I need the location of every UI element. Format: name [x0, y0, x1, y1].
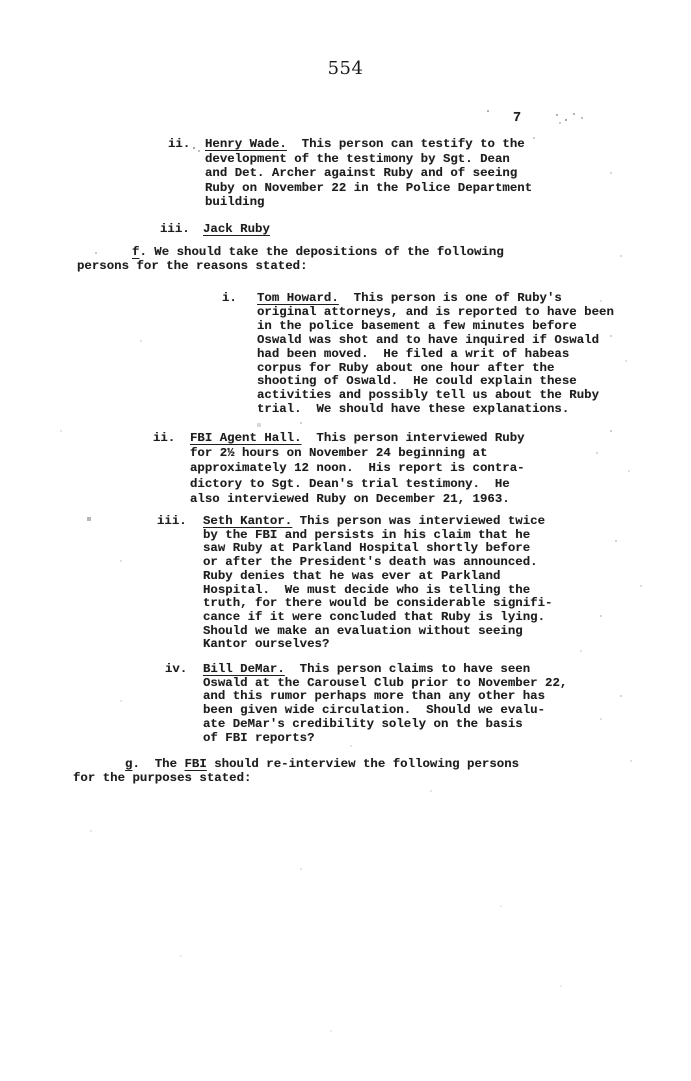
text-line: had been moved. He filed a writ of habea… [257, 348, 614, 362]
text-line-rest: . We should take the depositions of the … [139, 245, 503, 259]
text-line: Jack Ruby [203, 222, 270, 236]
text-line-rest: This person claims to have seen [285, 662, 530, 676]
paragraph-g-line1: g. The FBI should re-interview the follo… [125, 757, 519, 771]
item-numeral: ii. [168, 137, 190, 152]
list-item-jack-ruby: iii. Jack Ruby [203, 222, 270, 236]
text-line-rest: This person is one of Ruby's [339, 291, 562, 305]
fbi-underlined: FBI [185, 757, 207, 771]
text-line: Kantor ourselves? [203, 638, 552, 652]
person-name: Bill DeMar. [203, 662, 285, 676]
text-line: Bill DeMar. This person claims to have s… [203, 663, 567, 677]
text-line: approximately 12 noon. His report is con… [190, 461, 525, 476]
text-line: Oswald at the Carousel Club prior to Nov… [203, 677, 567, 691]
text-line: shooting of Oswald. He could explain the… [257, 375, 614, 389]
text-line: Henry Wade. This person can testify to t… [205, 137, 532, 152]
paragraph-f-line1: f. We should take the depositions of the… [132, 245, 504, 259]
text-line: activities and possibly tell us about th… [257, 389, 614, 403]
paragraph-g-line2: for the purposes stated: [73, 771, 251, 785]
text-line: also interviewed Ruby on December 21, 19… [190, 492, 525, 507]
text-line: ate DeMar's credibility solely on the ba… [203, 718, 567, 732]
person-name: Seth Kantor. [203, 514, 292, 528]
text-line: trial. We should have these explanations… [257, 403, 614, 417]
text-line: Seth Kantor. This person was interviewed… [203, 515, 552, 529]
item-numeral: iii. [160, 222, 190, 236]
text-line: building [205, 195, 532, 210]
book-page-number: 554 [0, 58, 691, 79]
item-numeral: iii. [157, 515, 187, 529]
text-line: Tom Howard. This person is one of Ruby's [257, 292, 614, 306]
text-line: truth, for there would be considerable s… [203, 597, 552, 611]
text-line: saw Ruby at Parkland Hospital shortly be… [203, 542, 552, 556]
person-name: FBI Agent Hall. [190, 431, 302, 445]
text-line: in the police basement a few minutes bef… [257, 320, 614, 334]
person-name: Tom Howard. [257, 291, 339, 305]
scanned-document-page: { "page": { "book_page_number": "554", "… [0, 0, 691, 1081]
text-line: Ruby denies that he was ever at Parkland [203, 570, 552, 584]
text-line: FBI Agent Hall. This person interviewed … [190, 431, 525, 446]
list-item-henry-wade: ii. Henry Wade. This person can testify … [205, 137, 532, 210]
text-line-rest: This person interviewed Ruby [302, 431, 525, 445]
list-item-bill-demar: iv. Bill DeMar. This person claims to ha… [203, 663, 567, 745]
list-item-seth-kantor: iii. Seth Kantor. This person was interv… [203, 515, 552, 652]
person-name: Henry Wade. [205, 137, 287, 151]
scan-noise [0, 0, 2, 2]
text-line: or after the President's death was annou… [203, 556, 552, 570]
text-line: of FBI reports? [203, 732, 567, 746]
text-line: and Det. Archer against Ruby and of seei… [205, 166, 532, 181]
text-line: Ruby on November 22 in the Police Depart… [205, 181, 532, 196]
text-line: Hospital. We must decide who is telling … [203, 584, 552, 598]
text-line: by the FBI and persists in his claim tha… [203, 529, 552, 543]
text-line-rest: This person was interviewed twice [292, 514, 545, 528]
text-line: for 2½ hours on November 24 beginning at [190, 446, 525, 461]
paragraph-f-line2: persons for the reasons stated: [77, 259, 308, 273]
typed-page-number: 7 [513, 111, 521, 126]
item-numeral: iv. [165, 663, 187, 677]
text-line: Should we make an evaluation without see… [203, 625, 552, 639]
text-segment: should re-interview the following person… [207, 757, 519, 771]
text-line-rest: This person can testify to the [287, 137, 525, 151]
text-line: Oswald was shot and to have inquired if … [257, 334, 614, 348]
text-segment: . The [132, 757, 184, 771]
text-line: and this rumor perhaps more than any oth… [203, 690, 567, 704]
text-line: cance if it were concluded that Ruby is … [203, 611, 552, 625]
text-line: original attorneys, and is reported to h… [257, 306, 614, 320]
text-line: corpus for Ruby about one hour after the [257, 362, 614, 376]
text-line: development of the testimony by Sgt. Dea… [205, 152, 532, 167]
item-numeral: ii. [153, 431, 175, 446]
text-line: been given wide circulation. Should we e… [203, 704, 567, 718]
text-line: dictory to Sgt. Dean's trial testimony. … [190, 477, 525, 492]
list-item-tom-howard: i. Tom Howard. This person is one of Rub… [257, 292, 614, 417]
person-name: Jack Ruby [203, 222, 270, 236]
list-item-fbi-agent-hall: ii. FBI Agent Hall. This person intervie… [190, 431, 525, 507]
item-numeral: i. [222, 292, 237, 306]
